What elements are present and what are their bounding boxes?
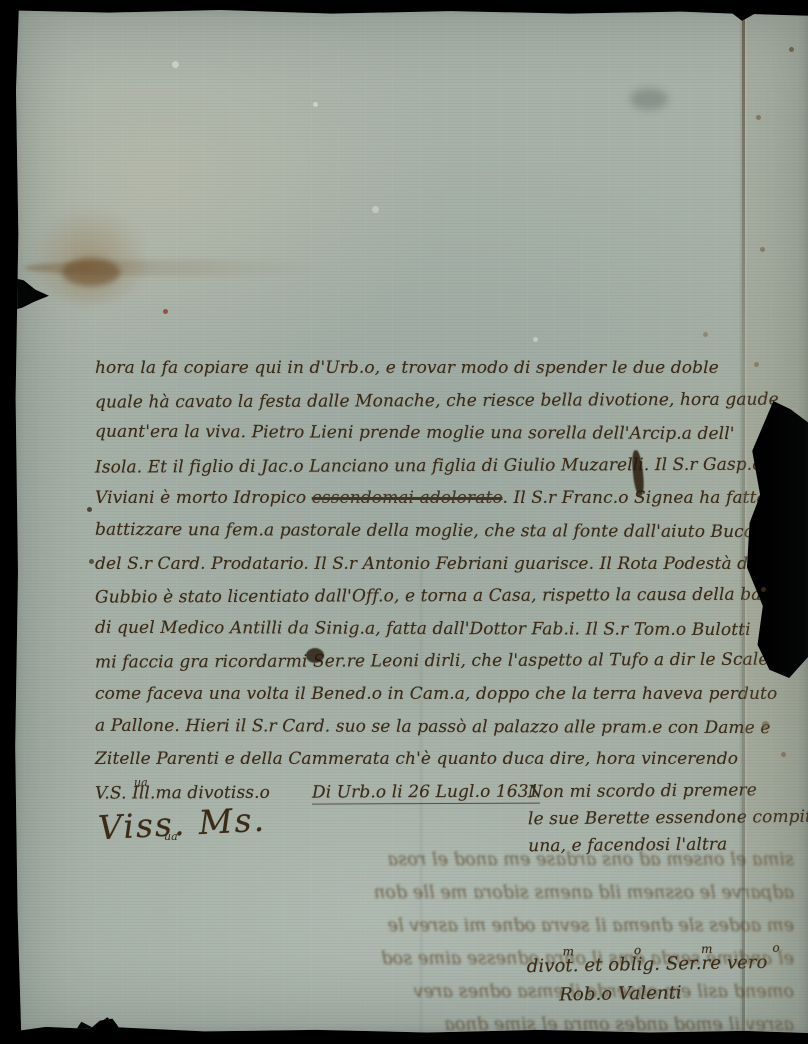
manuscript-line-3: quant'era la viva. Pietro Lieni prende m… <box>95 416 807 451</box>
dateline-urbino-1631: Di Urb.o li 26 Lugl.o 1631 <box>312 781 540 804</box>
foxing-specks <box>14 8 17 11</box>
letter-body: hora la fa copiare qui in d'Urb.o, e tro… <box>95 352 807 808</box>
paper-flecks <box>14 8 17 11</box>
manuscript-line-5: Viviani è morto Idropico essendomai adol… <box>95 482 807 515</box>
line5-text-after: . Il S.r Franc.o Signea ha fatta <box>502 488 766 508</box>
manuscript-line-11: come faceva una volta il Bened.o in Cam.… <box>95 678 807 711</box>
bleedthrough-line: adparve le ossnem ild anems sidora me ll… <box>34 877 794 910</box>
manuscript-line-12: a Pallone. Hieri il S.r Card. suo se la … <box>95 709 807 744</box>
manuscript-line-4: Isola. Et il figlio di Jac.o Lanciano un… <box>95 448 807 484</box>
signature-block: momo divot. et oblig. Ser.re vero Rob.o … <box>527 948 769 1010</box>
manuscript-line-13: Zitelle Parenti e della Cammerata ch'è q… <box>95 743 807 776</box>
line5-text: Viviani è morto Idropico <box>95 488 312 508</box>
sender-initials-scrawl: Viss. Ms. <box>97 800 267 848</box>
signature-name: Rob.o Valenti <box>559 977 768 1010</box>
bleedthrough-line: asrev il emod andes omra el sime dnoa <box>34 1009 794 1042</box>
ink-blot <box>306 648 324 663</box>
manuscript-line-6: battizzare una fem.a pastorale della mog… <box>95 514 807 549</box>
ink-stain-halo <box>30 204 150 304</box>
strikethrough-text: essendomai adolorato <box>312 488 503 508</box>
manuscript-photo: sima el onsem ad ons ardase em anod el r… <box>0 0 808 1044</box>
vertical-fold-crease <box>742 10 745 1032</box>
manuscript-line-7: del S.r Card. Prodatario. Il S.r Antonio… <box>95 548 807 581</box>
manuscript-line-9: di quel Medico Antilli da Sinig.a, fatta… <box>95 612 807 647</box>
manuscript-line-10: mi faccia gra ricordarmi Ser.re Leoni di… <box>95 644 807 680</box>
closing-superscript: ua <box>134 776 148 789</box>
manuscript-line-1: hora la fa copiare qui in d'Urb.o, e tro… <box>95 352 807 385</box>
manuscript-line-2: quale hà cavato la festa dalle Monache, … <box>95 383 807 419</box>
ink-stain-core <box>62 258 120 286</box>
gray-smudge <box>630 88 668 110</box>
manuscript-line-8: Gubbio è stato licentiato dall'Off.o, e … <box>95 579 807 615</box>
signature-super-1: mo <box>562 942 701 958</box>
letter-paper: sima el onsem ad ons ardase em anod el r… <box>14 8 808 1034</box>
